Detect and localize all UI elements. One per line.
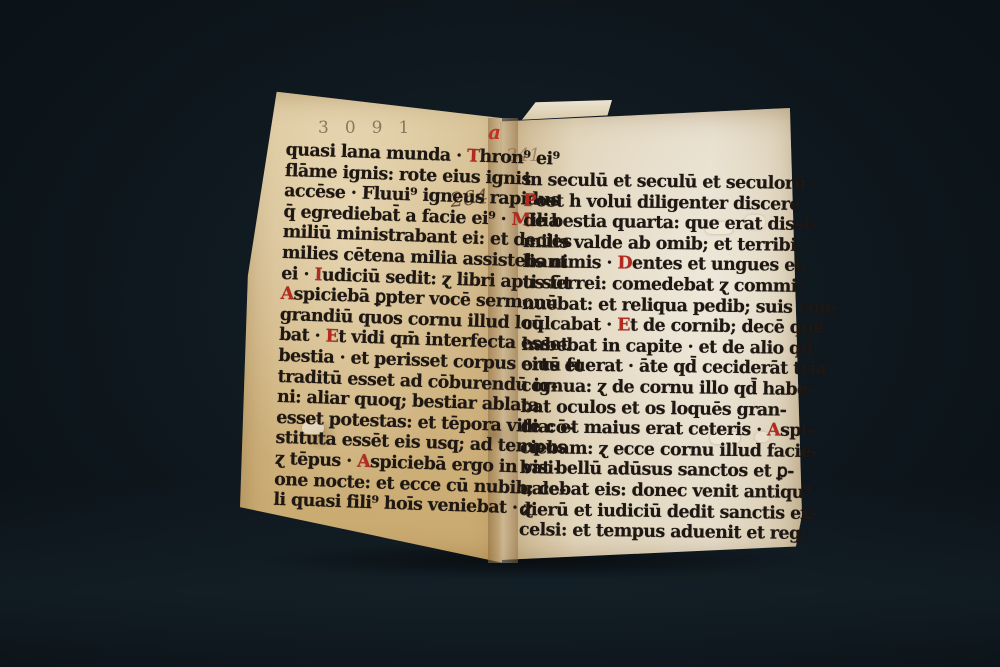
text-line: celsi: et tempus aduenit et reg-	[519, 520, 835, 545]
rubric-initial: A	[767, 421, 780, 441]
rubric-initial: E	[325, 327, 338, 347]
right-text-column: in seculū et seculū et seculorū · Post h…	[519, 170, 840, 545]
rubric-initial: A	[357, 452, 371, 472]
pencil-folio-number: 3091	[318, 118, 425, 138]
red-marginal-mark: a	[488, 120, 501, 144]
photo-scene: 3091 264 a 241 quasi lana munda · Thron⁹…	[0, 0, 1000, 667]
rubric-initial: T	[467, 146, 480, 166]
rubric-initial: D	[617, 254, 632, 274]
rubric-initial: E	[617, 315, 630, 335]
rubric-initial: A	[280, 284, 294, 304]
rubric-initial: P	[523, 191, 535, 211]
